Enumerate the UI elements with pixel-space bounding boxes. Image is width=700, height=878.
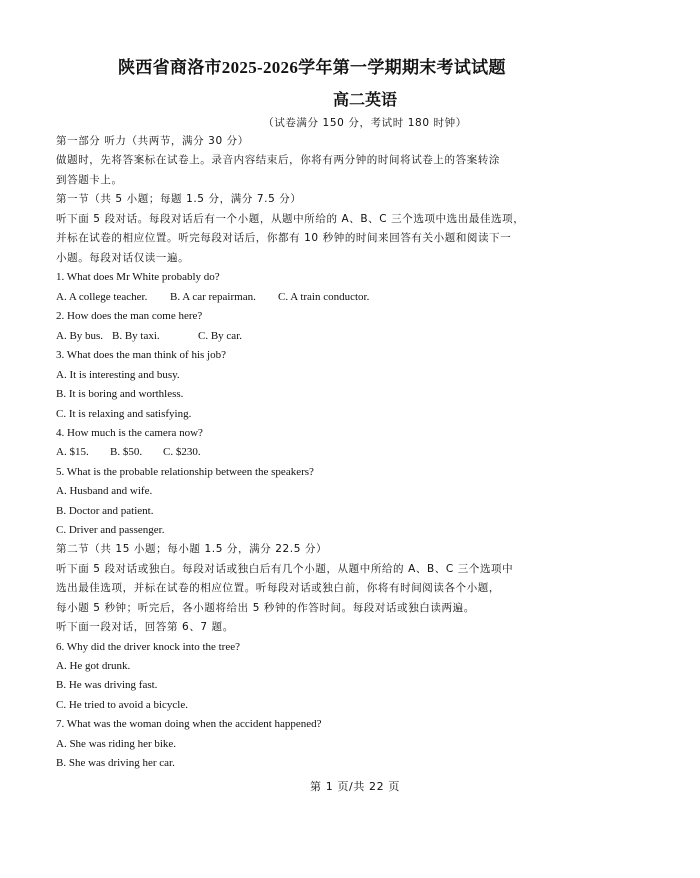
section2-instruction: 选出最佳选项，并标在试卷的相应位置。听每段对话或独白前，你将有时间阅读各个小题， [56, 581, 500, 595]
option-a: A. She was riding her bike. [56, 737, 176, 751]
section2-heading: 第二节（共 15 小题；每小题 1.5 分，满分 22.5 分） [56, 542, 327, 556]
question-4: 4. How much is the camera now? [56, 426, 203, 440]
section1-heading: 第一节（共 5 小题；每题 1.5 分，满分 7.5 分） [56, 192, 302, 206]
option-c: C. A train conductor. [278, 290, 369, 304]
question-2: 2. How does the man come here? [56, 309, 202, 323]
option-a: A. A college teacher. [56, 290, 170, 304]
option-c: C. He tried to avoid a bicycle. [56, 698, 188, 712]
page-indicator: 第 1 页/共 22 页 [0, 778, 700, 794]
option-c: C. Driver and passenger. [56, 523, 164, 537]
option-b: B. It is boring and worthless. [56, 387, 183, 401]
option-a: A. Husband and wife. [56, 484, 152, 498]
question-1: 1. What does Mr White probably do? [56, 270, 220, 284]
question-3: 3. What does the man think of his job? [56, 348, 226, 362]
exam-note: （试卷满分 150 分，考试时 180 时钟） [0, 115, 700, 130]
question-1-options: A. A college teacher.B. A car repairman.… [56, 290, 369, 304]
option-a: A. He got drunk. [56, 659, 130, 673]
section2-instruction: 每小题 5 秒钟；听完后，各小题将给出 5 秒钟的作答时间。每段对话或独白读两遍… [56, 601, 475, 615]
part1-instruction: 做题时，先将答案标在试卷上。录音内容结束后，你将有两分钟的时间将试卷上的答案转涂 [56, 153, 500, 167]
question-4-options: A. $15.B. $50.C. $230. [56, 445, 201, 459]
section2-instruction: 听下面 5 段对话或独白。每段对话或独白后有几个小题，从题中所给的 A、B、C … [56, 562, 513, 576]
question-5: 5. What is the probable relationship bet… [56, 465, 314, 479]
option-c: C. It is relaxing and satisfying. [56, 407, 191, 421]
group-intro: 听下面一段对话，回答第 6、7 题。 [56, 620, 234, 634]
part1-instruction: 到答题卡上。 [56, 173, 123, 187]
option-a: A. By bus. [56, 329, 112, 343]
option-c: C. By car. [198, 329, 242, 343]
section1-instruction: 并标在试卷的相应位置。听完每段对话后，你都有 10 秒钟的时间来回答有关小题和阅… [56, 231, 511, 245]
option-a: A. It is interesting and busy. [56, 368, 180, 382]
section1-instruction: 听下面 5 段对话。每段对话后有一个小题，从题中所给的 A、B、C 三个选项中选… [56, 212, 524, 226]
option-b: B. He was driving fast. [56, 678, 157, 692]
section1-instruction: 小题。每段对话仅读一遍。 [56, 251, 189, 265]
document-title: 陕西省商洛市2025-2026学年第一学期期末考试试题 [118, 53, 506, 78]
exam-page: 陕西省商洛市2025-2026学年第一学期期末考试试题 高二英语 （试卷满分 1… [0, 0, 700, 878]
question-7: 7. What was the woman doing when the acc… [56, 717, 322, 731]
option-a: A. $15. [56, 445, 110, 459]
question-6: 6. Why did the driver knock into the tre… [56, 640, 240, 654]
option-b: B. She was driving her car. [56, 756, 175, 770]
subject-title: 高二英语 [0, 87, 700, 110]
part1-heading: 第一部分 听力（共两节，满分 30 分） [56, 134, 249, 148]
option-c: C. $230. [163, 445, 201, 459]
option-b: B. $50. [110, 445, 163, 459]
option-b: B. Doctor and patient. [56, 504, 153, 518]
question-2-options: A. By bus.B. By taxi.C. By car. [56, 329, 242, 343]
option-b: B. A car repairman. [170, 290, 278, 304]
option-b: B. By taxi. [112, 329, 198, 343]
